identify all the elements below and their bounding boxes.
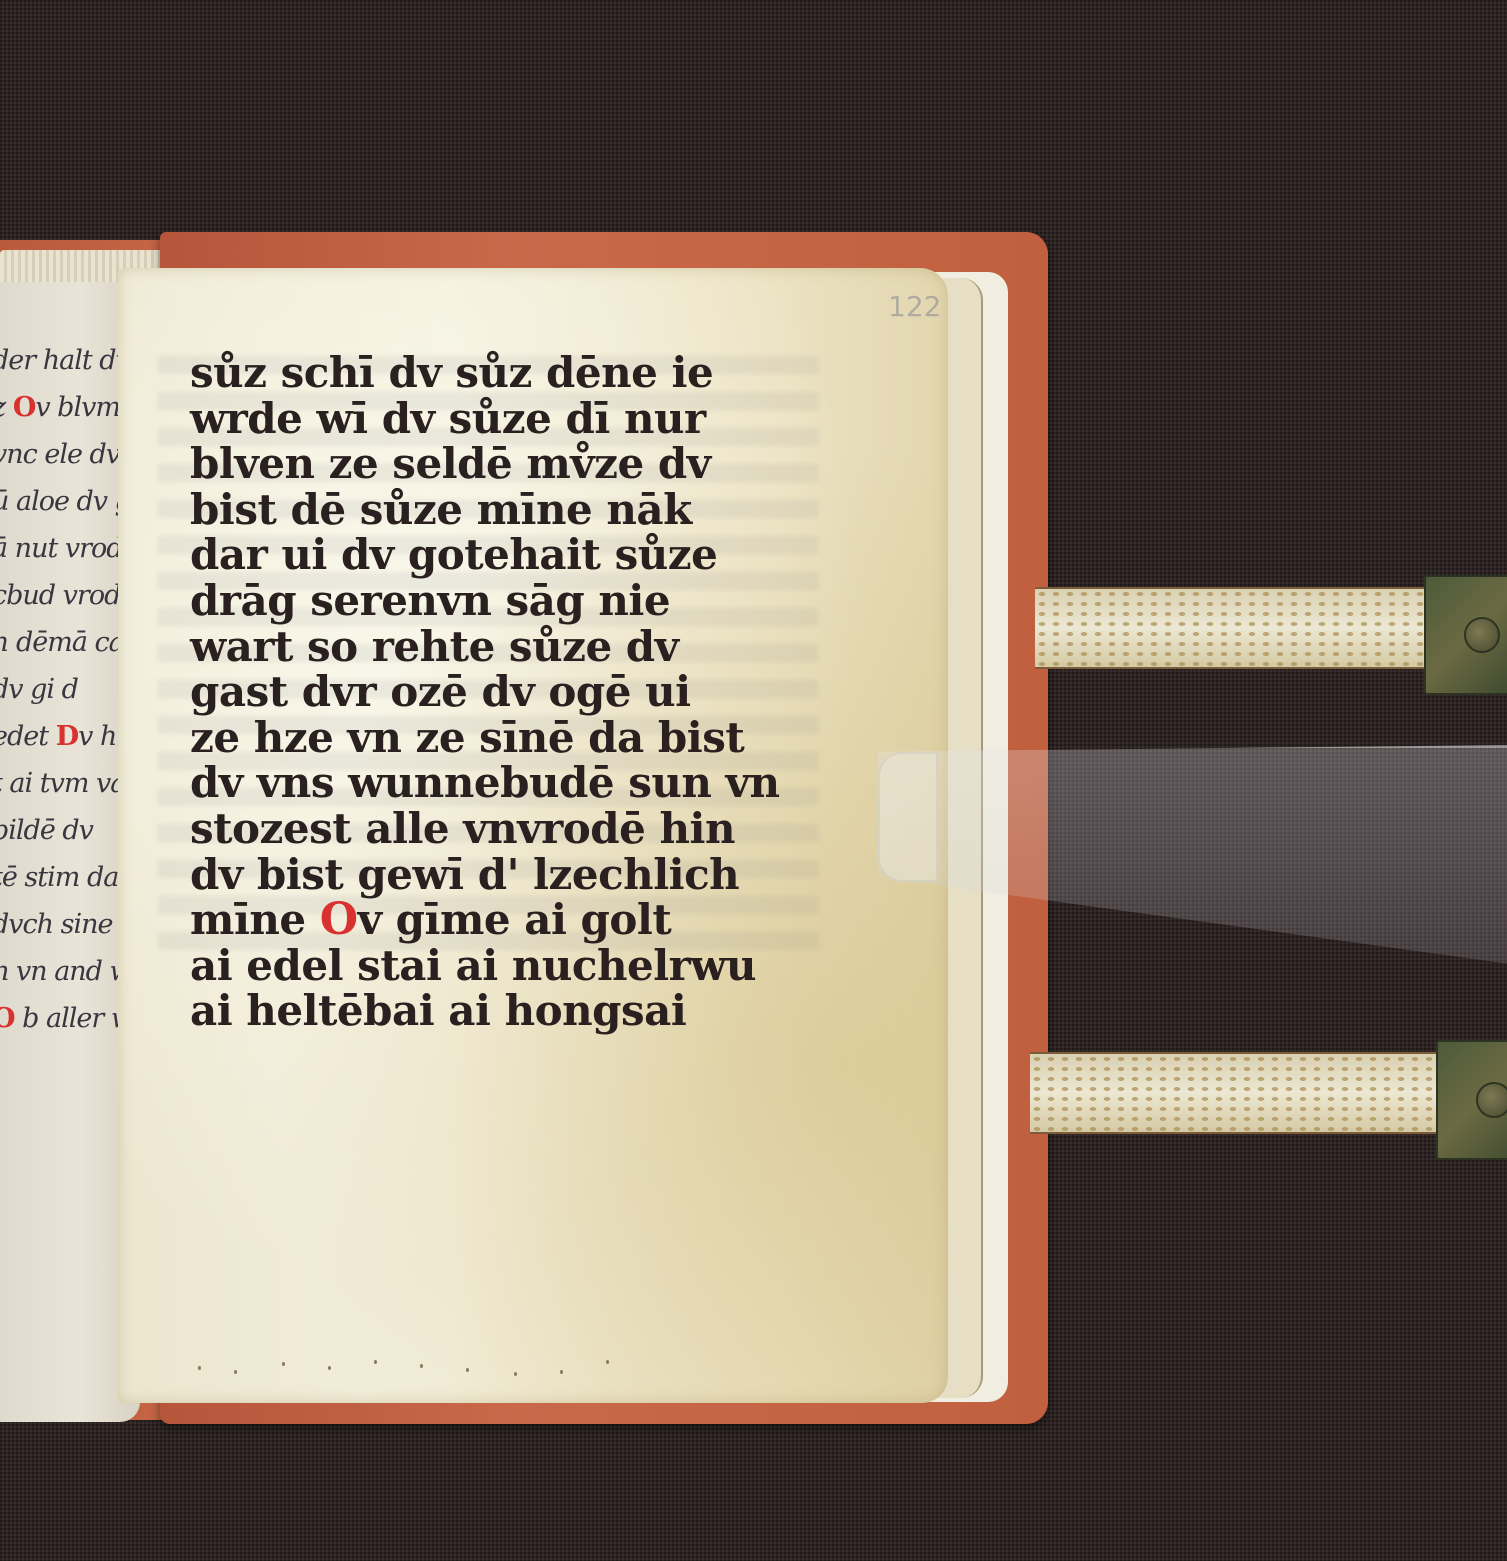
rubric-initial-o: O bbox=[320, 894, 358, 945]
rubric-initial: O bbox=[13, 392, 36, 423]
clasp-bottom bbox=[1436, 1040, 1507, 1160]
pricking-marks bbox=[198, 1360, 618, 1390]
rubric-initial: D bbox=[56, 721, 78, 752]
clasp-strap-top bbox=[1035, 587, 1430, 669]
text-line: dv vns wunnebudē sun vn bbox=[190, 760, 830, 806]
right-page: 122 sůz schī dv sůz dēne ie wrde wī dv s… bbox=[118, 268, 948, 1403]
clasp-rivet-icon bbox=[1464, 617, 1500, 653]
rubricated-line: mīne Ov gīme ai golt bbox=[190, 897, 830, 943]
text-line: sůz schī dv sůz dēne ie bbox=[190, 350, 830, 396]
text-line: ze hze vn ze sīnē da bist bbox=[190, 715, 830, 761]
text-line: dar ui dv gotehait sůze bbox=[190, 532, 830, 578]
clasp-strap-bottom bbox=[1030, 1052, 1445, 1134]
text-line: wrde wī dv sůze dī nur bbox=[190, 396, 830, 442]
page-weight-tip bbox=[878, 752, 938, 882]
text-line: wart so rehte sůze dv bbox=[190, 624, 830, 670]
folio-number: 122 bbox=[888, 290, 941, 323]
text-line: blven ze seldē mv̊ze dv bbox=[190, 441, 830, 487]
text-line: ai edel stai ai nuchelrwu bbox=[190, 943, 830, 989]
clasp-top bbox=[1424, 575, 1507, 695]
text-line: gast dvr ozē dv ogē ui bbox=[190, 669, 830, 715]
text-line: ai heltēbai ai hongsai bbox=[190, 988, 830, 1034]
text-line: dv bist gewī d' lzechlich bbox=[190, 852, 830, 898]
rubric-initial: O bbox=[0, 1003, 15, 1034]
manuscript-photo: der halt dv b z Ov blvmc vnc ele dv blv … bbox=[0, 0, 1507, 1561]
clasp-rivet-icon bbox=[1476, 1082, 1507, 1118]
text-line: bist dē sůze mīne nāk bbox=[190, 487, 830, 533]
right-page-text: sůz schī dv sůz dēne ie wrde wī dv sůze … bbox=[190, 350, 830, 1034]
text-line: stozest alle vnvrodē hin bbox=[190, 806, 830, 852]
text-line: drāg serenvn sāg nie bbox=[190, 578, 830, 624]
